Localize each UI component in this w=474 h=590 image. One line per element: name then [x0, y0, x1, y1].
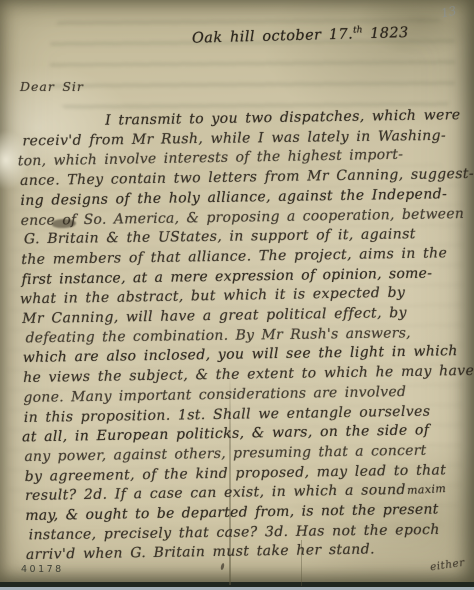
- ink-speck: [220, 563, 225, 571]
- dateline-year: 1823: [370, 25, 409, 42]
- dateline-superscript: th: [353, 25, 363, 35]
- salutation: Dear Sir: [20, 79, 84, 94]
- letter-page: Oak hill october 17.th 1823 Dear Sir I t…: [0, 0, 474, 587]
- dateline-text: Oak hill october 17.: [192, 26, 354, 46]
- letter-body: I transmit to you two dispatches, which …: [19, 106, 474, 566]
- catalog-number: 40178: [21, 564, 64, 575]
- letter-photograph: Oak hill october 17.th 1823 Dear Sir I t…: [0, 0, 474, 590]
- interlined-word: maxim: [407, 482, 447, 497]
